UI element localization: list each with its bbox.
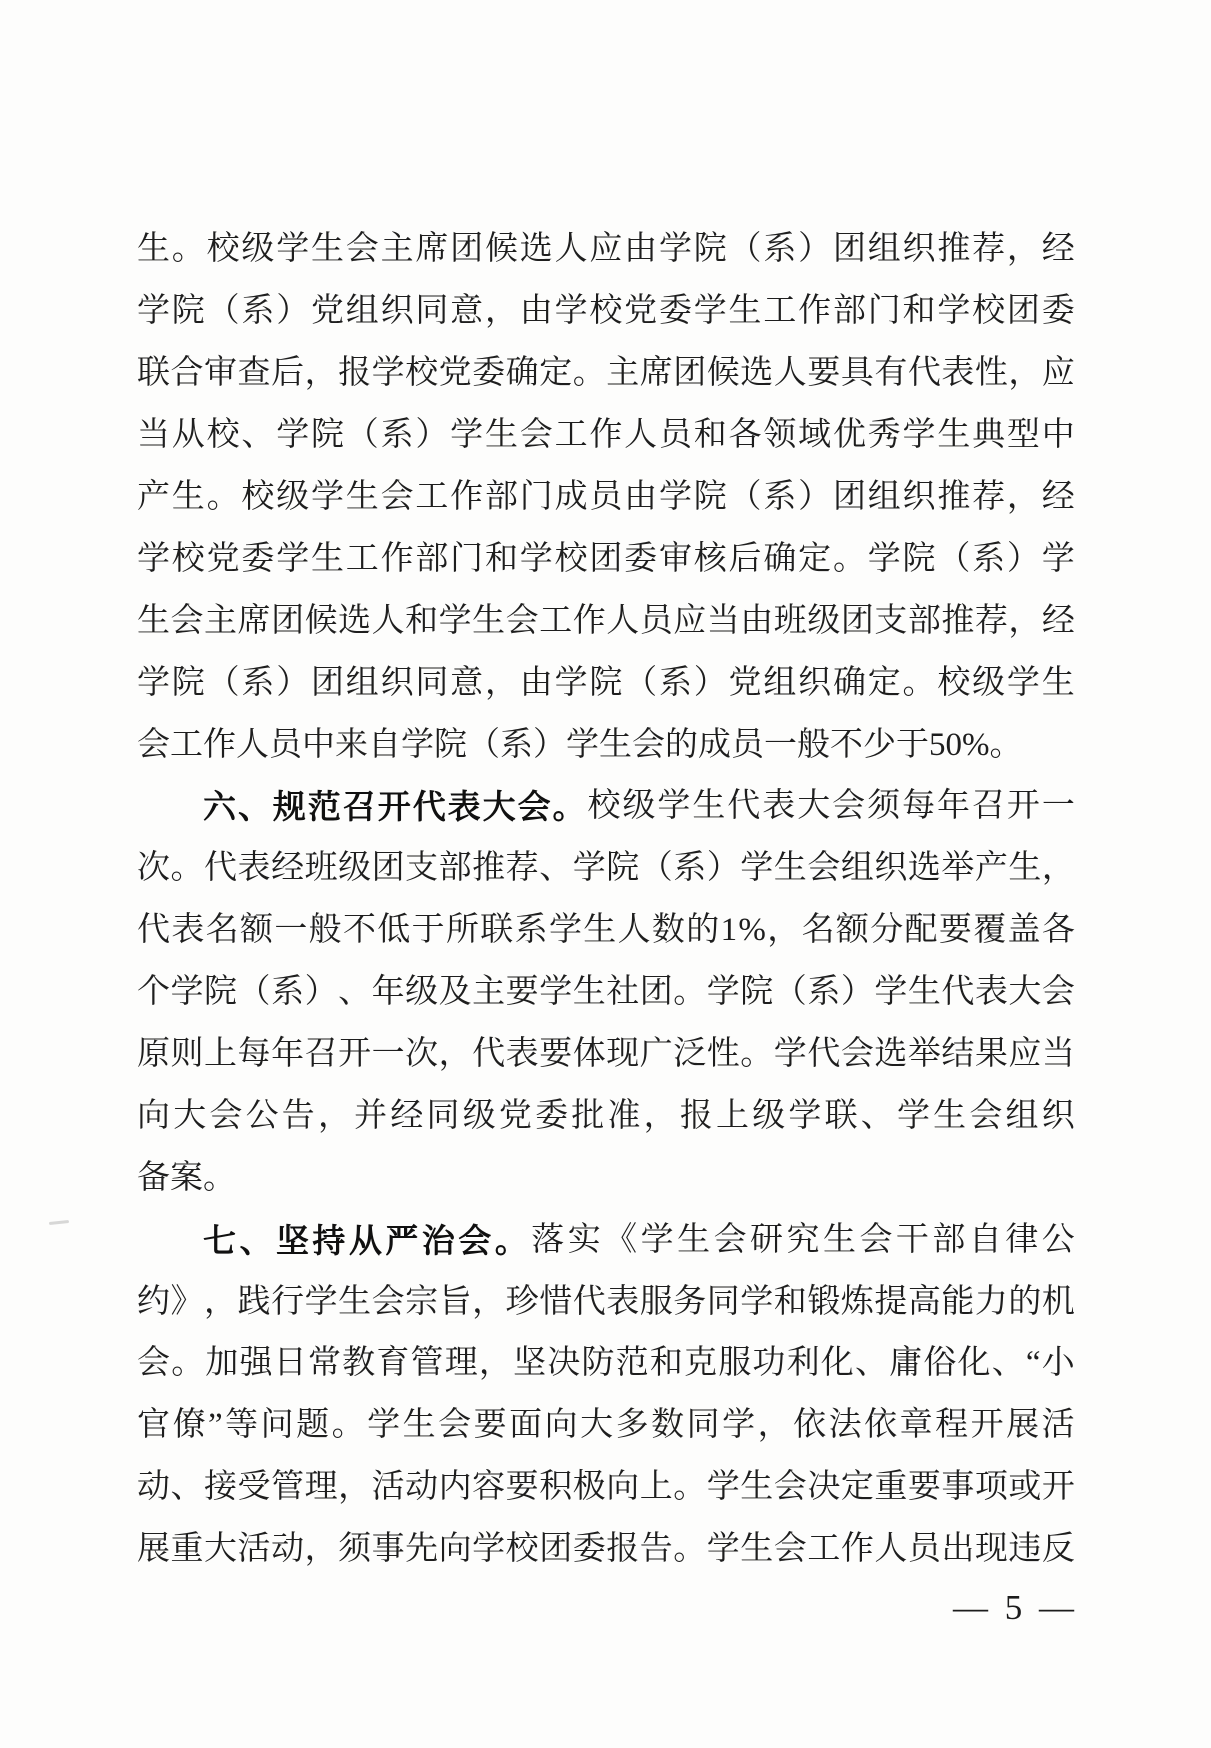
text-line: 六、规范召开代表大会。校级学生代表大会须每年召开一 [137, 776, 1075, 838]
body-char: 高 [908, 1286, 941, 1319]
body-char: 会 [209, 1100, 242, 1133]
body-char: 系 [763, 481, 796, 514]
body-char: 主 [472, 976, 505, 1009]
body-char: 上 [640, 1471, 673, 1504]
body-char: 学 [774, 1038, 807, 1071]
body-char: 工 [170, 729, 203, 762]
body-char: 学 [137, 543, 170, 576]
body-char: 和 [903, 295, 936, 328]
body-char: 要 [474, 1409, 507, 1442]
body-char: 工 [763, 295, 796, 328]
body-char: 表 [975, 976, 1008, 1009]
body-char: 学 [707, 976, 740, 1009]
body-char: 系 [763, 233, 796, 266]
body-char: 委 [624, 543, 657, 576]
body-char: 确 [506, 357, 539, 390]
body-char: 理 [305, 1471, 338, 1504]
body-char: 校 [172, 543, 205, 576]
body-char: 代 [941, 976, 974, 1009]
body-char: % [738, 914, 766, 947]
body-char: 个 [137, 976, 170, 1009]
body-char: 门 [450, 543, 483, 576]
body-char: 生 [823, 1224, 856, 1257]
body-char: 的 [1008, 1286, 1041, 1319]
body-char: 人 [606, 605, 639, 638]
body-char: 广 [640, 1038, 673, 1071]
body-char: 具 [841, 357, 874, 390]
body-char: 定 [798, 543, 831, 576]
body-char: 校 [589, 295, 622, 328]
body-char: 作 [450, 481, 483, 514]
body-char: 学 [659, 481, 692, 514]
body-char: 学 [707, 1533, 740, 1566]
body-char: 生 [472, 605, 505, 638]
body-char: ， [305, 1533, 338, 1566]
body-char: 生 [1008, 852, 1041, 885]
body-char: 盖 [1008, 914, 1041, 947]
body-char: 代 [472, 1038, 505, 1071]
body-char: 强 [240, 1347, 273, 1380]
body-char: 极 [573, 1471, 606, 1504]
body-char: 会 [832, 790, 865, 823]
body-char: 学 [868, 543, 901, 576]
body-char: 生 [740, 1533, 773, 1566]
body-char: 学 [788, 1100, 821, 1133]
body-char: 组 [763, 667, 796, 700]
body-char: 委 [241, 543, 274, 576]
body-char: 一 [274, 914, 307, 947]
body-char: 炼 [841, 1286, 874, 1319]
body-char: 院 [172, 667, 205, 700]
body-char: 定 [539, 357, 572, 390]
body-char: 团 [1007, 295, 1040, 328]
body-char: 。 [903, 667, 936, 700]
body-char: 学 [707, 1471, 740, 1504]
body-char: 人 [372, 605, 405, 638]
body-char: 学 [276, 419, 309, 452]
body-char: 社 [606, 976, 639, 1009]
body-char: 所 [446, 914, 479, 947]
body-char: 工 [807, 1533, 840, 1566]
body-char: 代 [204, 852, 237, 885]
body-char: 向 [606, 1471, 639, 1504]
body-char: 展 [137, 1533, 170, 1566]
body-char: 作 [573, 605, 606, 638]
body-char: 事 [372, 1533, 405, 1566]
body-char: 团 [589, 543, 622, 576]
body-char: ） [798, 481, 831, 514]
text-line: 联合审查后，报学校党委确定。主席团候选人要具有代表性，应 [137, 343, 1075, 405]
body-char: 由 [520, 667, 553, 700]
body-char: 级 [405, 976, 438, 1009]
body-char: 大 [580, 1409, 613, 1442]
body-char: 庸 [889, 1347, 922, 1380]
body-char: ， [479, 1347, 512, 1380]
body-char: 要 [506, 976, 539, 1009]
body-char: 学 [311, 481, 344, 514]
body-char: （ [624, 667, 657, 700]
body-char: 主 [204, 605, 237, 638]
body-char: 织 [903, 233, 936, 266]
body-char: 上 [716, 1100, 749, 1133]
body-char: 先 [405, 1533, 438, 1566]
body-char: 题 [296, 1409, 329, 1442]
body-char: 。 [673, 1471, 706, 1504]
body-char: 学 [137, 667, 170, 700]
body-char: 院 [694, 233, 727, 266]
body-char: 0 [946, 729, 963, 762]
body-char: 泛 [673, 1038, 706, 1071]
body-char: 团 [640, 976, 673, 1009]
body-char: 生 [908, 976, 941, 1009]
body-char: 学 [401, 729, 434, 762]
body-char: 表 [238, 852, 271, 885]
body-char: 则 [171, 1038, 204, 1071]
body-char: 后 [729, 543, 762, 576]
body-char: ） [276, 295, 309, 328]
body-char: 人 [555, 233, 588, 266]
body-char: 代 [573, 1286, 606, 1319]
body-char: 经 [1042, 605, 1075, 638]
body-char: 旨 [439, 1286, 472, 1319]
body-char: 报 [338, 357, 371, 390]
body-char: 召 [305, 1038, 338, 1071]
body-char: 大 [204, 1533, 237, 1566]
body-char: 审 [659, 543, 692, 576]
body-char: 班 [774, 605, 807, 638]
body-char: 院 [606, 852, 639, 885]
body-char: 校 [506, 1533, 539, 1566]
body-char: 门 [520, 481, 553, 514]
body-char: ， [758, 1409, 791, 1442]
body-char: 生 [573, 976, 606, 1009]
body-char: 审 [204, 357, 237, 390]
section-heading-char: 。 [495, 1224, 528, 1257]
body-char: 部 [908, 605, 941, 638]
body-char: ， [1042, 852, 1075, 885]
body-char: 选 [908, 852, 941, 885]
body-char: ） [1007, 543, 1040, 576]
body-char: 常 [308, 1347, 341, 1380]
body-char: 僚 [173, 1409, 206, 1442]
body-char: 不 [343, 914, 376, 947]
body-char: 案 [170, 1162, 203, 1195]
body-char: 院 [740, 976, 773, 1009]
body-char: （ [207, 295, 240, 328]
body-char: 。 [740, 1038, 773, 1071]
body-char: 自 [368, 729, 401, 762]
body-char: 生 [485, 419, 518, 452]
section-heading-char: 治 [422, 1224, 455, 1257]
body-char: 当 [1042, 1038, 1075, 1071]
body-char: 当 [137, 419, 170, 452]
body-char: 经 [271, 852, 304, 885]
body-char: 院 [589, 667, 622, 700]
body-char: （ [729, 481, 762, 514]
body-char: 选 [338, 605, 371, 638]
body-char: 违 [1008, 1533, 1041, 1566]
body-char: 化 [821, 1347, 854, 1380]
body-char: 章 [900, 1409, 933, 1442]
body-char: ” [208, 1409, 223, 1442]
body-char: 服 [640, 1286, 673, 1319]
body-char: 会 [506, 605, 539, 638]
body-char: 动 [271, 1533, 304, 1566]
body-char: 员 [269, 729, 302, 762]
body-char: 部 [833, 295, 866, 328]
text-line: 产生。校级学生会工作部门成员由学院（系）团组织推荐，经 [137, 467, 1075, 529]
body-char: 团 [833, 481, 866, 514]
body-char: 须 [338, 1533, 371, 1566]
body-char: 织 [874, 852, 907, 885]
body-char: 召 [972, 790, 1005, 823]
body-char: 代 [807, 1038, 840, 1071]
body-char: 党 [439, 357, 472, 390]
body-char: 员 [659, 419, 692, 452]
body-char: ， [644, 1100, 677, 1133]
body-char: 推 [941, 605, 974, 638]
body-char: 会 [774, 1533, 807, 1566]
body-char: 候 [707, 357, 740, 390]
body-char: 生 [403, 1409, 436, 1442]
body-char: 推 [937, 481, 970, 514]
body-char: 次 [405, 1038, 438, 1071]
text-line: 会工作人员中来自学院（系）学生会的成员一般不少于50%。 [137, 714, 1075, 776]
body-char: 中 [1042, 419, 1075, 452]
body-char: 会 [774, 1471, 807, 1504]
body-char: ， [338, 1471, 371, 1504]
body-char: 学 [659, 233, 692, 266]
body-char: （ [729, 233, 762, 266]
body-char: 会 [381, 481, 414, 514]
body-char: 会 [807, 852, 840, 885]
body-char: 少 [863, 729, 896, 762]
body-char: 级 [622, 790, 655, 823]
body-char: 支 [405, 852, 438, 885]
body-char: 选 [740, 357, 773, 390]
body-char: 各 [1042, 914, 1075, 947]
body-char: 党 [729, 667, 762, 700]
body-char: ， [485, 667, 518, 700]
body-char: 候 [305, 605, 338, 638]
body-char: （ [937, 543, 970, 576]
body-char: 人 [624, 419, 657, 452]
body-char: 核 [694, 543, 727, 576]
body-char: 。 [833, 543, 866, 576]
body-char: 来 [335, 729, 368, 762]
body-char: 成 [698, 729, 731, 762]
body-char: 作 [381, 543, 414, 576]
body-char: 应 [589, 233, 622, 266]
body-char: 决 [547, 1347, 580, 1380]
body-char: 党 [311, 295, 344, 328]
body-char: ） [707, 852, 740, 885]
body-char: 联 [137, 357, 170, 390]
section-heading-char: 会 [458, 1224, 491, 1257]
body-char: 生 [599, 729, 632, 762]
body-char: 利 [787, 1347, 820, 1380]
text-line: 代表名额一般不低于所联系学生人数的1%，名额分配要覆盖各 [137, 900, 1075, 962]
body-char: 级 [807, 605, 840, 638]
body-char: 珍 [506, 1286, 539, 1319]
body-char: 作 [798, 295, 831, 328]
section-heading-char: 范 [308, 790, 341, 823]
body-char: 展 [1006, 1409, 1039, 1442]
body-char: 报 [606, 1533, 639, 1566]
body-char: 开 [338, 1038, 371, 1071]
body-char: 结 [941, 1038, 974, 1071]
body-char: 配 [905, 914, 938, 947]
body-char: 生 [729, 295, 762, 328]
body-char: 生 [583, 914, 616, 947]
body-char: 研 [750, 1224, 783, 1257]
body-char: 会 [859, 1224, 892, 1257]
body-char: 团 [271, 605, 304, 638]
text-line: 七、坚持从严治会。落实《学生会研究生会干部自律公 [137, 1209, 1075, 1271]
body-char: 法 [829, 1409, 862, 1442]
text-line: 当从校、学院（系）学生会工作人员和各领域优秀学生典型中 [137, 405, 1075, 467]
body-char: 校 [405, 357, 438, 390]
body-char: 决 [807, 1471, 840, 1504]
body-char: 、 [855, 1347, 888, 1380]
body-char: 团 [372, 852, 405, 885]
body-char: 学 [566, 729, 599, 762]
body-char: 各 [729, 419, 762, 452]
body-char: 团 [673, 357, 706, 390]
body-char: 优 [833, 419, 866, 452]
text-line: 官僚”等问题。学生会要面向大多数同学，依法依章程开展活 [137, 1395, 1075, 1457]
body-char: 中 [302, 729, 335, 762]
body-char: 候 [485, 233, 518, 266]
body-char: 加 [205, 1347, 238, 1380]
body-char: 批 [571, 1100, 604, 1133]
body-char: 约 [137, 1286, 170, 1319]
body-char: 后 [271, 357, 304, 390]
body-char: 表 [606, 1286, 639, 1319]
body-char: 学 [740, 1286, 773, 1319]
body-char: 向 [439, 1533, 472, 1566]
body-char: 部 [485, 481, 518, 514]
body-char: （ [640, 852, 673, 885]
body-char: 。 [171, 852, 204, 885]
body-char: 意 [450, 667, 483, 700]
body-char: ， [1007, 481, 1040, 514]
body-char: 经 [1042, 233, 1075, 266]
body-char: 代 [908, 357, 941, 390]
body-char: 学 [641, 1224, 674, 1257]
body-char: ， [1007, 233, 1040, 266]
body-char: 生 [346, 481, 379, 514]
section-heading-char: 大 [483, 790, 516, 823]
body-char: 准 [607, 1100, 640, 1133]
body-char: 选 [874, 1038, 907, 1071]
section-heading-char: 从 [349, 1224, 382, 1257]
body-char: 动 [405, 1471, 438, 1504]
body-char: 活 [1042, 1409, 1075, 1442]
body-char: 会 [520, 419, 553, 452]
body-char: 党 [624, 295, 657, 328]
body-char: 产 [975, 852, 1008, 885]
body-char: 主 [381, 233, 414, 266]
body-char: ， [439, 1038, 472, 1071]
body-char: 、 [539, 852, 572, 885]
body-char: 坚 [513, 1347, 546, 1380]
body-char: 工 [346, 543, 379, 576]
body-char: 学 [573, 852, 606, 885]
text-line: 会。加强日常教育管理，坚决防范和克服功利化、庸俗化、“小 [137, 1333, 1075, 1395]
body-char: 系 [500, 729, 533, 762]
body-char: 告 [640, 1533, 673, 1566]
body-char: 行 [271, 1286, 304, 1319]
body-char: 系 [271, 976, 304, 1009]
body-char: 生 [740, 1471, 773, 1504]
body-char: 学 [1042, 543, 1075, 576]
body-char: 组 [868, 481, 901, 514]
body-char: 确 [763, 543, 796, 576]
body-char: 学 [555, 295, 588, 328]
body-char: 日 [274, 1347, 307, 1380]
text-line: 向大会公告，并经同级党委批准，报上级学联、学生会组织 [137, 1085, 1075, 1147]
body-char: 生 [137, 605, 170, 638]
body-char: 主 [606, 357, 639, 390]
body-char: 级 [972, 667, 1005, 700]
body-char: 俗 [923, 1347, 956, 1380]
section-heading-char: 召 [343, 790, 376, 823]
body-char: 表 [506, 1038, 539, 1071]
body-char: 部 [932, 1224, 965, 1257]
body-char: 每 [238, 1038, 271, 1071]
body-char: 学 [694, 295, 727, 328]
body-char: 大 [797, 790, 830, 823]
body-char: 工 [415, 481, 448, 514]
body-char: 院 [311, 419, 344, 452]
body-char: 委 [573, 1533, 606, 1566]
body-char: 和 [405, 605, 438, 638]
body-char: 性 [975, 357, 1008, 390]
body-char: 人 [618, 914, 651, 947]
body-char: 系 [241, 667, 274, 700]
body-char: 作 [841, 1533, 874, 1566]
body-char: 系 [659, 667, 692, 700]
body-char: 应 [1008, 1038, 1041, 1071]
body-char: 力 [975, 1286, 1008, 1319]
body-char: 大 [173, 1100, 206, 1133]
body-char: 团 [450, 233, 483, 266]
body-char: 委 [1042, 295, 1075, 328]
body-char: 范 [616, 1347, 649, 1380]
body-char: 院 [172, 295, 205, 328]
body-char: 管 [271, 1471, 304, 1504]
body-char: 。 [171, 1347, 204, 1380]
body-char: 组 [868, 233, 901, 266]
body-char: 、 [171, 1471, 204, 1504]
body-char: 产 [137, 481, 170, 514]
body-char: 、 [861, 1100, 894, 1133]
body-char: ， [485, 295, 518, 328]
body-char: 生 [311, 543, 344, 576]
body-char: 部 [415, 543, 448, 576]
body-char: 由 [624, 481, 657, 514]
body-char: 生 [692, 790, 725, 823]
body-char: 学 [276, 543, 309, 576]
body-char: 低 [377, 914, 410, 947]
body-char: 推 [472, 852, 505, 885]
body-char: ， [1008, 357, 1041, 390]
body-char: 开 [971, 1409, 1004, 1442]
body-char: 多 [616, 1409, 649, 1442]
body-char: 学 [740, 852, 773, 885]
body-char: 学 [549, 914, 582, 947]
